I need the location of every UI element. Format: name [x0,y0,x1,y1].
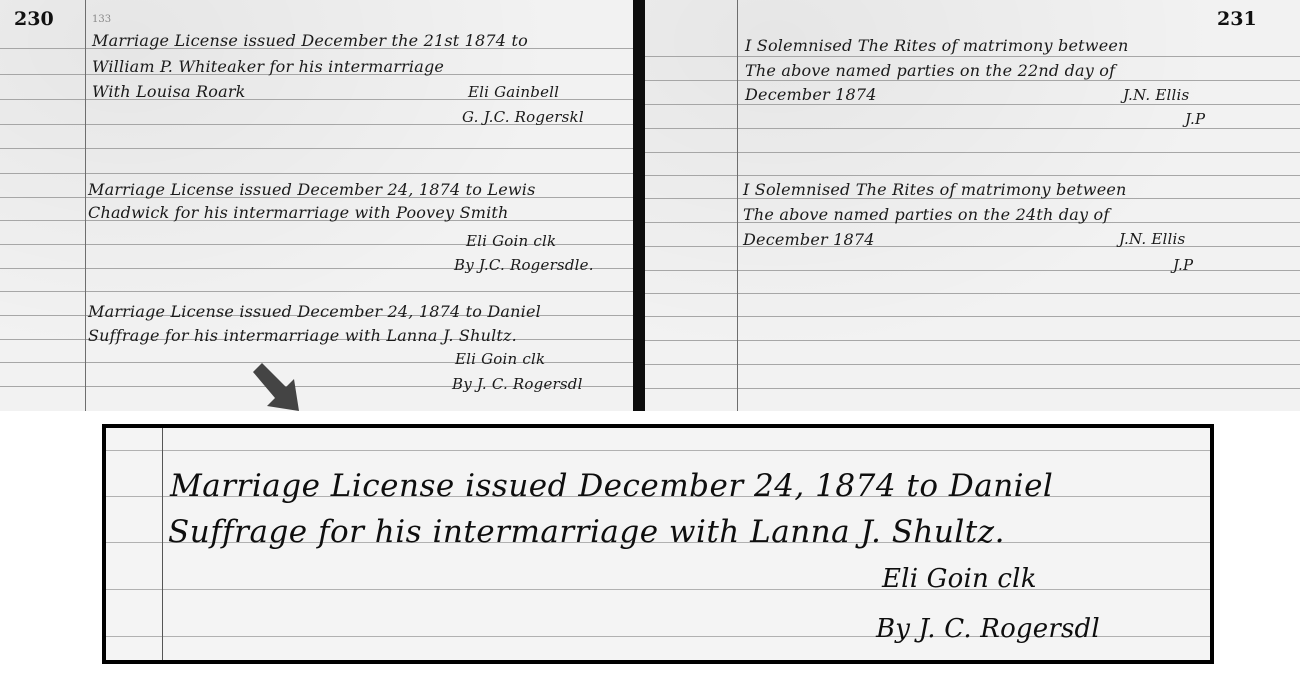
zoomed-entry-line: Marriage License issued December 24, 187… [170,468,1053,504]
entry-line: With Louisa Roark [92,82,246,101]
entry-line: December 1874 [743,230,875,249]
entry-line: Marriage License issued December the 21s… [92,31,528,50]
clerk-signature: Eli Goin clk [466,232,556,250]
deputy-signature: G. J.C. Rogerskl [462,108,584,126]
zoomed-entry-line: Suffrage for his intermarriage with Lann… [168,514,1005,550]
officiant-signature: J.N. Ellis [1119,230,1185,248]
entry-line: William P. Whiteaker for his intermarria… [92,57,444,76]
entry-line: I Solemnised The Rites of matrimony betw… [743,180,1127,199]
officiant-signature: J.N. Ellis [1123,86,1189,104]
entry-line: Marriage License issued December 24, 187… [88,302,541,321]
officiant-title: J.P [1185,110,1205,128]
page-number-left: 230 [14,8,54,30]
deputy-signature: By J. C. Rogersdl [452,375,583,393]
entry-line: Marriage License issued December 24, 187… [88,180,536,199]
entry-line: The above named parties on the 24th day … [743,205,1109,224]
entry-line: Chadwick for his intermarriage with Poov… [88,203,509,222]
page-number-right: 231 [1217,8,1257,30]
clerk-signature: Eli Goin clk [455,350,545,368]
book-gutter [633,0,645,411]
left-page: 230 133 Marriage License issued December… [0,0,633,411]
entry-line: I Solemnised The Rites of matrimony betw… [745,36,1129,55]
entry-line: December 1874 [745,85,877,104]
entry-line: Suffrage for his intermarriage with Lann… [88,326,517,345]
corner-mark: 133 [92,14,111,25]
arrow-down-right-icon [250,360,306,416]
clerk-signature: Eli Gainbell [468,83,559,101]
officiant-title: J.P [1173,256,1193,274]
zoomed-deputy-signature: By J. C. Rogersdl [876,614,1100,644]
right-page: 231 I Solemnised The Rites of matrimony … [645,0,1300,411]
zoomed-clerk-signature: Eli Goin clk [882,564,1037,594]
zoomed-entry-inset: Marriage License issued December 24, 187… [102,424,1214,664]
ledger-scan: 230 133 Marriage License issued December… [0,0,1300,411]
deputy-signature: By J.C. Rogersdle. [454,256,594,274]
entry-line: The above named parties on the 22nd day … [745,61,1115,80]
